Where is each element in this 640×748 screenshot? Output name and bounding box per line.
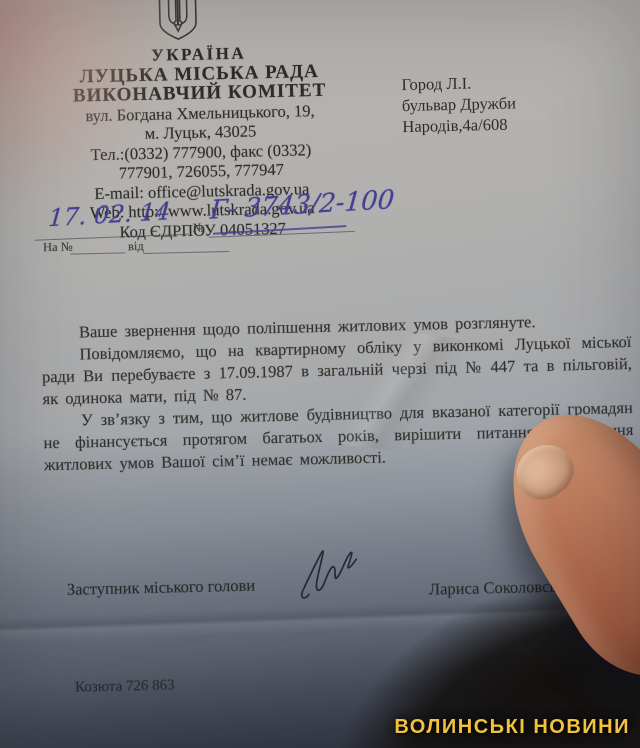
- signatory-title: Заступник міського голови: [67, 576, 256, 600]
- recipient-address: Город Л.І. бульвар Дружби Народів,4а/608: [401, 71, 516, 137]
- letter-document: УКРАЇНА ЛУЦЬКА МІСЬКА РАДА ВИКОНАВЧИЙ КО…: [0, 0, 640, 748]
- executor-reference: Козюта 726 863: [75, 677, 175, 696]
- reply-number-label: На №: [43, 240, 73, 256]
- reply-number-line: [70, 252, 125, 254]
- signature: [294, 541, 379, 609]
- recipient-street-line2: Народів,4а/608: [402, 113, 517, 137]
- reply-from-line: [143, 251, 229, 254]
- photo-of-letter: УКРАЇНА ЛУЦЬКА МІСЬКА РАДА ВИКОНАВЧИЙ КО…: [0, 0, 640, 748]
- news-watermark-logo: ВОЛИНСЬКІ НОВИНИ: [394, 716, 630, 739]
- reply-from-label: від: [128, 239, 144, 254]
- coat-of-arms-icon: [155, 0, 200, 42]
- number-sign-label: №: [192, 221, 204, 236]
- recipient-name: Город Л.І.: [401, 71, 516, 95]
- recipient-street-line1: бульвар Дружби: [402, 92, 517, 116]
